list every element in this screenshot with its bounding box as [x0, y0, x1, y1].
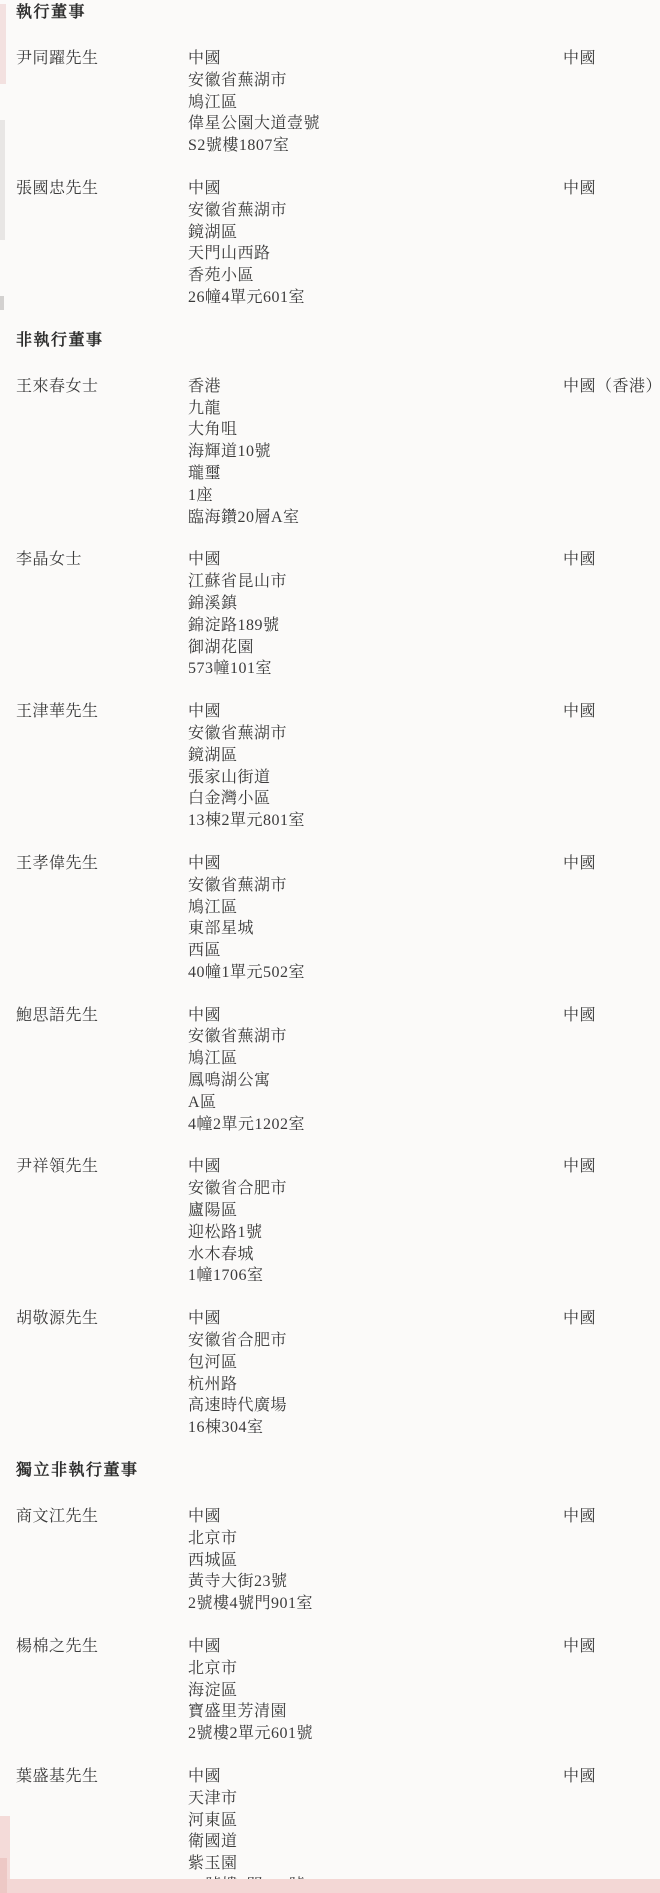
director-row: 尹祥領先生 中國 安徽省合肥市 廬陽區 迎松路1號 水木春城 1幢1706室 中…	[16, 1156, 660, 1287]
director-nationality: 中國	[563, 1005, 660, 1136]
director-section: 獨立非執行董事 商文江先生 中國 北京市 西城區 黃寺大街23號 2號樓4號門9…	[0, 1460, 660, 1893]
director-name: 張國忠先生	[16, 178, 188, 309]
director-address: 中國 天津市 河東區 衛國道 紫玉園 24號樓3門501號	[188, 1766, 563, 1893]
director-address: 中國 安徽省蕪湖市 鏡湖區 張家山街道 白金灣小區 13棟2單元801室	[188, 701, 563, 832]
director-nationality: 中國	[563, 48, 660, 157]
director-address: 中國 安徽省蕪湖市 鳩江區 東部星城 西區 40幢1單元502室	[188, 853, 563, 984]
director-nationality: 中國	[563, 1636, 660, 1745]
director-row: 商文江先生 中國 北京市 西城區 黃寺大街23號 2號樓4號門901室 中國	[16, 1506, 660, 1615]
director-nationality: 中國	[563, 853, 660, 984]
section-rows: 尹同躍先生 中國 安徽省蕪湖市 鳩江區 偉星公園大道壹號 S2號樓1807室 中…	[0, 48, 660, 309]
director-row: 王來春女士 香港 九龍 大角咀 海輝道10號 瓏璽 1座 臨海鑽20層A室 中國…	[16, 376, 660, 529]
director-name: 尹祥領先生	[16, 1156, 188, 1287]
director-nationality: 中國	[563, 549, 660, 680]
director-name: 李晶女士	[16, 549, 188, 680]
director-row: 鮑思語先生 中國 安徽省蕪湖市 鳩江區 鳳鳴湖公寓 A區 4幢2單元1202室 …	[16, 1005, 660, 1136]
director-address: 中國 安徽省蕪湖市 鳩江區 鳳鳴湖公寓 A區 4幢2單元1202室	[188, 1005, 563, 1136]
section-rows: 王來春女士 香港 九龍 大角咀 海輝道10號 瓏璽 1座 臨海鑽20層A室 中國…	[0, 376, 660, 1439]
director-name: 商文江先生	[16, 1506, 188, 1615]
director-row: 王津華先生 中國 安徽省蕪湖市 鏡湖區 張家山街道 白金灣小區 13棟2單元80…	[16, 701, 660, 832]
section-rows: 商文江先生 中國 北京市 西城區 黃寺大街23號 2號樓4號門901室 中國 楊…	[0, 1506, 660, 1893]
director-address: 香港 九龍 大角咀 海輝道10號 瓏璽 1座 臨海鑽20層A室	[188, 376, 563, 529]
director-section: 非執行董事 王來春女士 香港 九龍 大角咀 海輝道10號 瓏璽 1座 臨海鑽20…	[0, 330, 660, 1439]
director-address: 中國 安徽省蕪湖市 鏡湖區 天門山西路 香苑小區 26幢4單元601室	[188, 178, 563, 309]
director-row: 楊棉之先生 中國 北京市 海淀區 寶盛里芳清園 2號樓2單元601號 中國	[16, 1636, 660, 1745]
director-name: 楊棉之先生	[16, 1636, 188, 1745]
director-nationality: 中國	[563, 1308, 660, 1439]
director-section: 執行董事 尹同躍先生 中國 安徽省蕪湖市 鳩江區 偉星公園大道壹號 S2號樓18…	[0, 2, 660, 309]
director-address: 中國 安徽省合肥市 廬陽區 迎松路1號 水木春城 1幢1706室	[188, 1156, 563, 1287]
director-nationality: 中國	[563, 1156, 660, 1287]
director-name: 鮑思語先生	[16, 1005, 188, 1136]
director-nationality: 中國	[563, 701, 660, 832]
director-name: 胡敬源先生	[16, 1308, 188, 1439]
section-title: 獨立非執行董事	[16, 1460, 660, 1482]
section-title: 非執行董事	[16, 330, 660, 352]
director-address: 中國 安徽省蕪湖市 鳩江區 偉星公園大道壹號 S2號樓1807室	[188, 48, 563, 157]
director-nationality: 中國	[563, 1506, 660, 1615]
director-name: 王孝偉先生	[16, 853, 188, 984]
prospectus-page: 執行董事 尹同躍先生 中國 安徽省蕪湖市 鳩江區 偉星公園大道壹號 S2號樓18…	[0, 0, 660, 1893]
director-row: 尹同躍先生 中國 安徽省蕪湖市 鳩江區 偉星公園大道壹號 S2號樓1807室 中…	[16, 48, 660, 157]
director-row: 張國忠先生 中國 安徽省蕪湖市 鏡湖區 天門山西路 香苑小區 26幢4單元601…	[16, 178, 660, 309]
director-row: 胡敬源先生 中國 安徽省合肥市 包河區 杭州路 高速時代廣場 16棟304室 中…	[16, 1308, 660, 1439]
director-row: 李晶女士 中國 江蘇省昆山市 錦溪鎮 錦淀路189號 御湖花園 573幢101室…	[16, 549, 660, 680]
director-address: 中國 安徽省合肥市 包河區 杭州路 高速時代廣場 16棟304室	[188, 1308, 563, 1439]
director-name: 葉盛基先生	[16, 1766, 188, 1893]
director-address: 中國 江蘇省昆山市 錦溪鎮 錦淀路189號 御湖花園 573幢101室	[188, 549, 563, 680]
directors-list: 執行董事 尹同躍先生 中國 安徽省蕪湖市 鳩江區 偉星公園大道壹號 S2號樓18…	[0, 2, 660, 1893]
director-name: 王津華先生	[16, 701, 188, 832]
director-nationality: 中國	[563, 178, 660, 309]
director-row: 葉盛基先生 中國 天津市 河東區 衛國道 紫玉園 24號樓3門501號 中國	[16, 1766, 660, 1893]
director-nationality: 中國（香港）	[563, 376, 660, 529]
director-address: 中國 北京市 西城區 黃寺大街23號 2號樓4號門901室	[188, 1506, 563, 1615]
director-name: 尹同躍先生	[16, 48, 188, 157]
director-row: 王孝偉先生 中國 安徽省蕪湖市 鳩江區 東部星城 西區 40幢1單元502室 中…	[16, 853, 660, 984]
director-address: 中國 北京市 海淀區 寶盛里芳清園 2號樓2單元601號	[188, 1636, 563, 1745]
director-name: 王來春女士	[16, 376, 188, 529]
director-nationality: 中國	[563, 1766, 660, 1893]
section-title: 執行董事	[16, 2, 660, 24]
